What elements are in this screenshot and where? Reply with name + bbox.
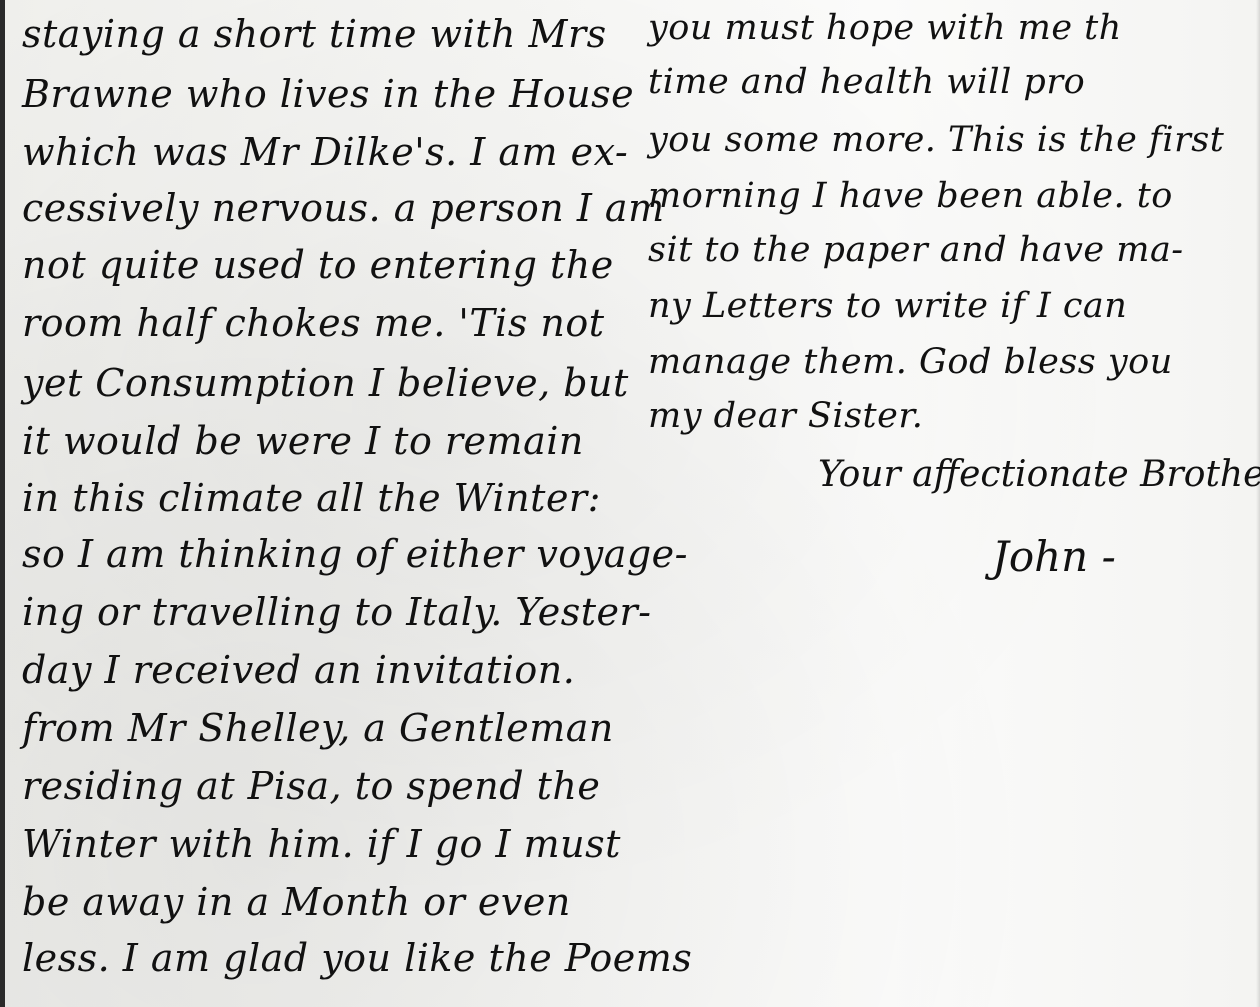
letter-line: you must hope with me th [648,8,1122,48]
letter-signature: John - [992,532,1116,581]
letter-line: time and health will pro [648,62,1085,102]
letter-line: be away in a Month or even [22,880,571,924]
letter-line: so I am thinking of either voyage- [22,532,688,576]
letter-line: day I received an invitation. [22,648,575,692]
letter-line: staying a short time with Mrs [22,12,607,56]
letter-line: morning I have been able. to [648,176,1173,216]
page-right-shadow [1256,0,1260,1007]
letter-closing: Your affectionate Brother [818,454,1260,495]
letter-line: Winter with him. if I go I must [22,822,621,866]
letter-line: yet Consumption I believe, but [22,361,629,405]
letter-line: my dear Sister. [648,396,923,436]
letter-line: sit to the paper and have ma- [648,230,1184,270]
letter-line: from Mr Shelley, a Gentleman [22,706,614,750]
letter-line: room half chokes me. 'Tis not [22,301,605,345]
letter-line: ing or travelling to Italy. Yester- [22,590,651,634]
letter-line: ny Letters to write if I can [648,286,1127,326]
letter-line: in this climate all the Winter: [22,476,601,520]
letter-line: not quite used to entering the [22,243,614,287]
letter-line: Brawne who lives in the House [22,72,634,116]
letter-line: cessively nervous. a person I am [22,186,665,230]
letter-page: staying a short time with Mrs Brawne who… [0,0,1260,1007]
page-left-border [0,0,5,1007]
letter-line: less. I am glad you like the Poems [22,936,692,980]
letter-line: it would be were I to remain [22,419,584,463]
letter-line: you some more. This is the first [648,120,1224,160]
letter-line: which was Mr Dilke's. I am ex- [22,130,628,174]
letter-line: manage them. God bless you [648,342,1173,382]
letter-line: residing at Pisa, to spend the [22,764,600,808]
